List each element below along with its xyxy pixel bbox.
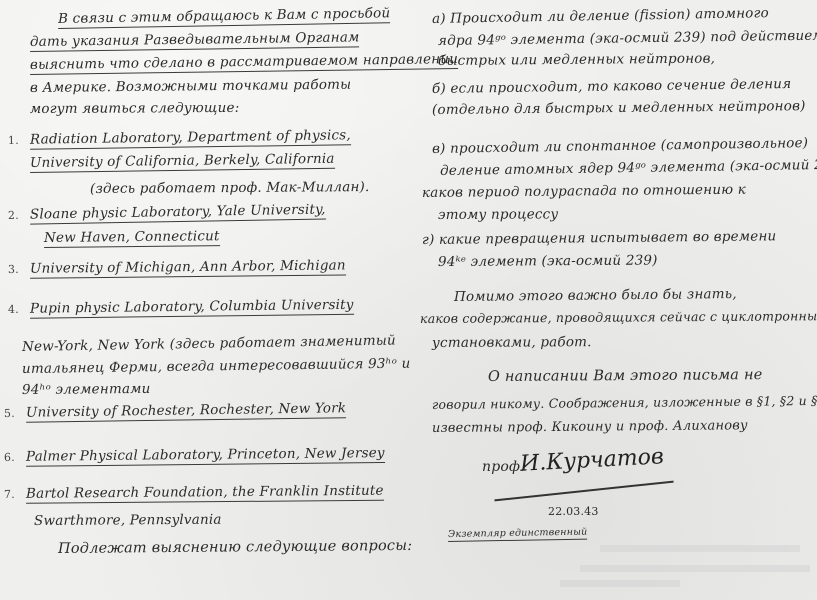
question-line: какие превращения испытывает во времени — [439, 228, 777, 248]
item-number: 2. — [8, 207, 30, 225]
institution-line: Swarthmore, Pennsylvania — [34, 511, 222, 530]
institution-item: 3.University of Michigan, Ann Arbor, Mic… — [8, 256, 346, 279]
item-number: 3. — [8, 261, 30, 279]
institution-note: (здесь работает проф. Мак-Миллан). — [90, 178, 370, 198]
question-label: а) — [432, 11, 446, 27]
institution-line: University of California, Berkely, Calif… — [30, 150, 335, 172]
institution-line: Bartol Research Foundation, the Franklin… — [26, 483, 384, 504]
question-line: этому процессу — [438, 205, 559, 224]
question-label: г) — [422, 232, 435, 248]
institution-line: University of Michigan, Ann Arbor, Michi… — [30, 257, 346, 278]
intro-line: дать указания Разведывательным Органам — [30, 28, 360, 51]
institution-item: 7.Bartol Research Foundation, the Frankl… — [4, 482, 384, 504]
institution-item: 6.Palmer Physical Laboratory, Princeton,… — [4, 444, 385, 467]
question-line: если происходит, то каково сечение делен… — [450, 76, 791, 97]
closing-line: установками, работ. — [432, 333, 592, 352]
question-label: в) — [432, 141, 446, 157]
institution-line: Palmer Physical Laboratory, Princeton, N… — [26, 445, 385, 467]
copy-note: Экземпляр единственный — [448, 524, 588, 544]
closing-line: известны проф. Кикоину и проф. Алиханову — [432, 417, 748, 438]
closing-line: О написании Вам этого письма не — [488, 366, 763, 386]
signature-prefix: проф. — [482, 458, 525, 476]
bleed-through-mark — [580, 565, 810, 572]
item-number: 6. — [4, 449, 26, 467]
item-number: 1. — [8, 132, 30, 150]
bleed-through-mark — [600, 545, 800, 552]
closing-line: каков содержание, проводящихся сейчас с … — [420, 307, 817, 328]
intro-line: в Америке. Возможными точками работы — [30, 76, 352, 97]
letter-date: 22.03.43 — [548, 503, 599, 521]
question-item: г) какие превращения испытывает во време… — [422, 227, 777, 249]
question-line: 94ᵏᵉ элемент (эка-осмий 239) — [438, 251, 658, 271]
question-line: быстрых или медленных нейтронов, — [438, 50, 715, 70]
closing-line: Помимо этого важно было бы знать, — [454, 285, 737, 306]
institution-line: New Haven, Connecticut — [44, 227, 220, 247]
intro-line: могут явиться следующие: — [30, 99, 240, 118]
item-number: 4. — [8, 301, 30, 319]
question-label: б) — [432, 81, 446, 97]
question-line: каков период полураспада по отношению к — [422, 181, 746, 202]
item-number: 5. — [4, 405, 26, 423]
bleed-through-mark — [560, 580, 680, 587]
item-number: 7. — [4, 486, 26, 504]
institution-line: 94ʰᵒ элементами — [22, 380, 151, 399]
questions-intro: Подлежат выяснению следующие вопросы: — [58, 537, 412, 558]
